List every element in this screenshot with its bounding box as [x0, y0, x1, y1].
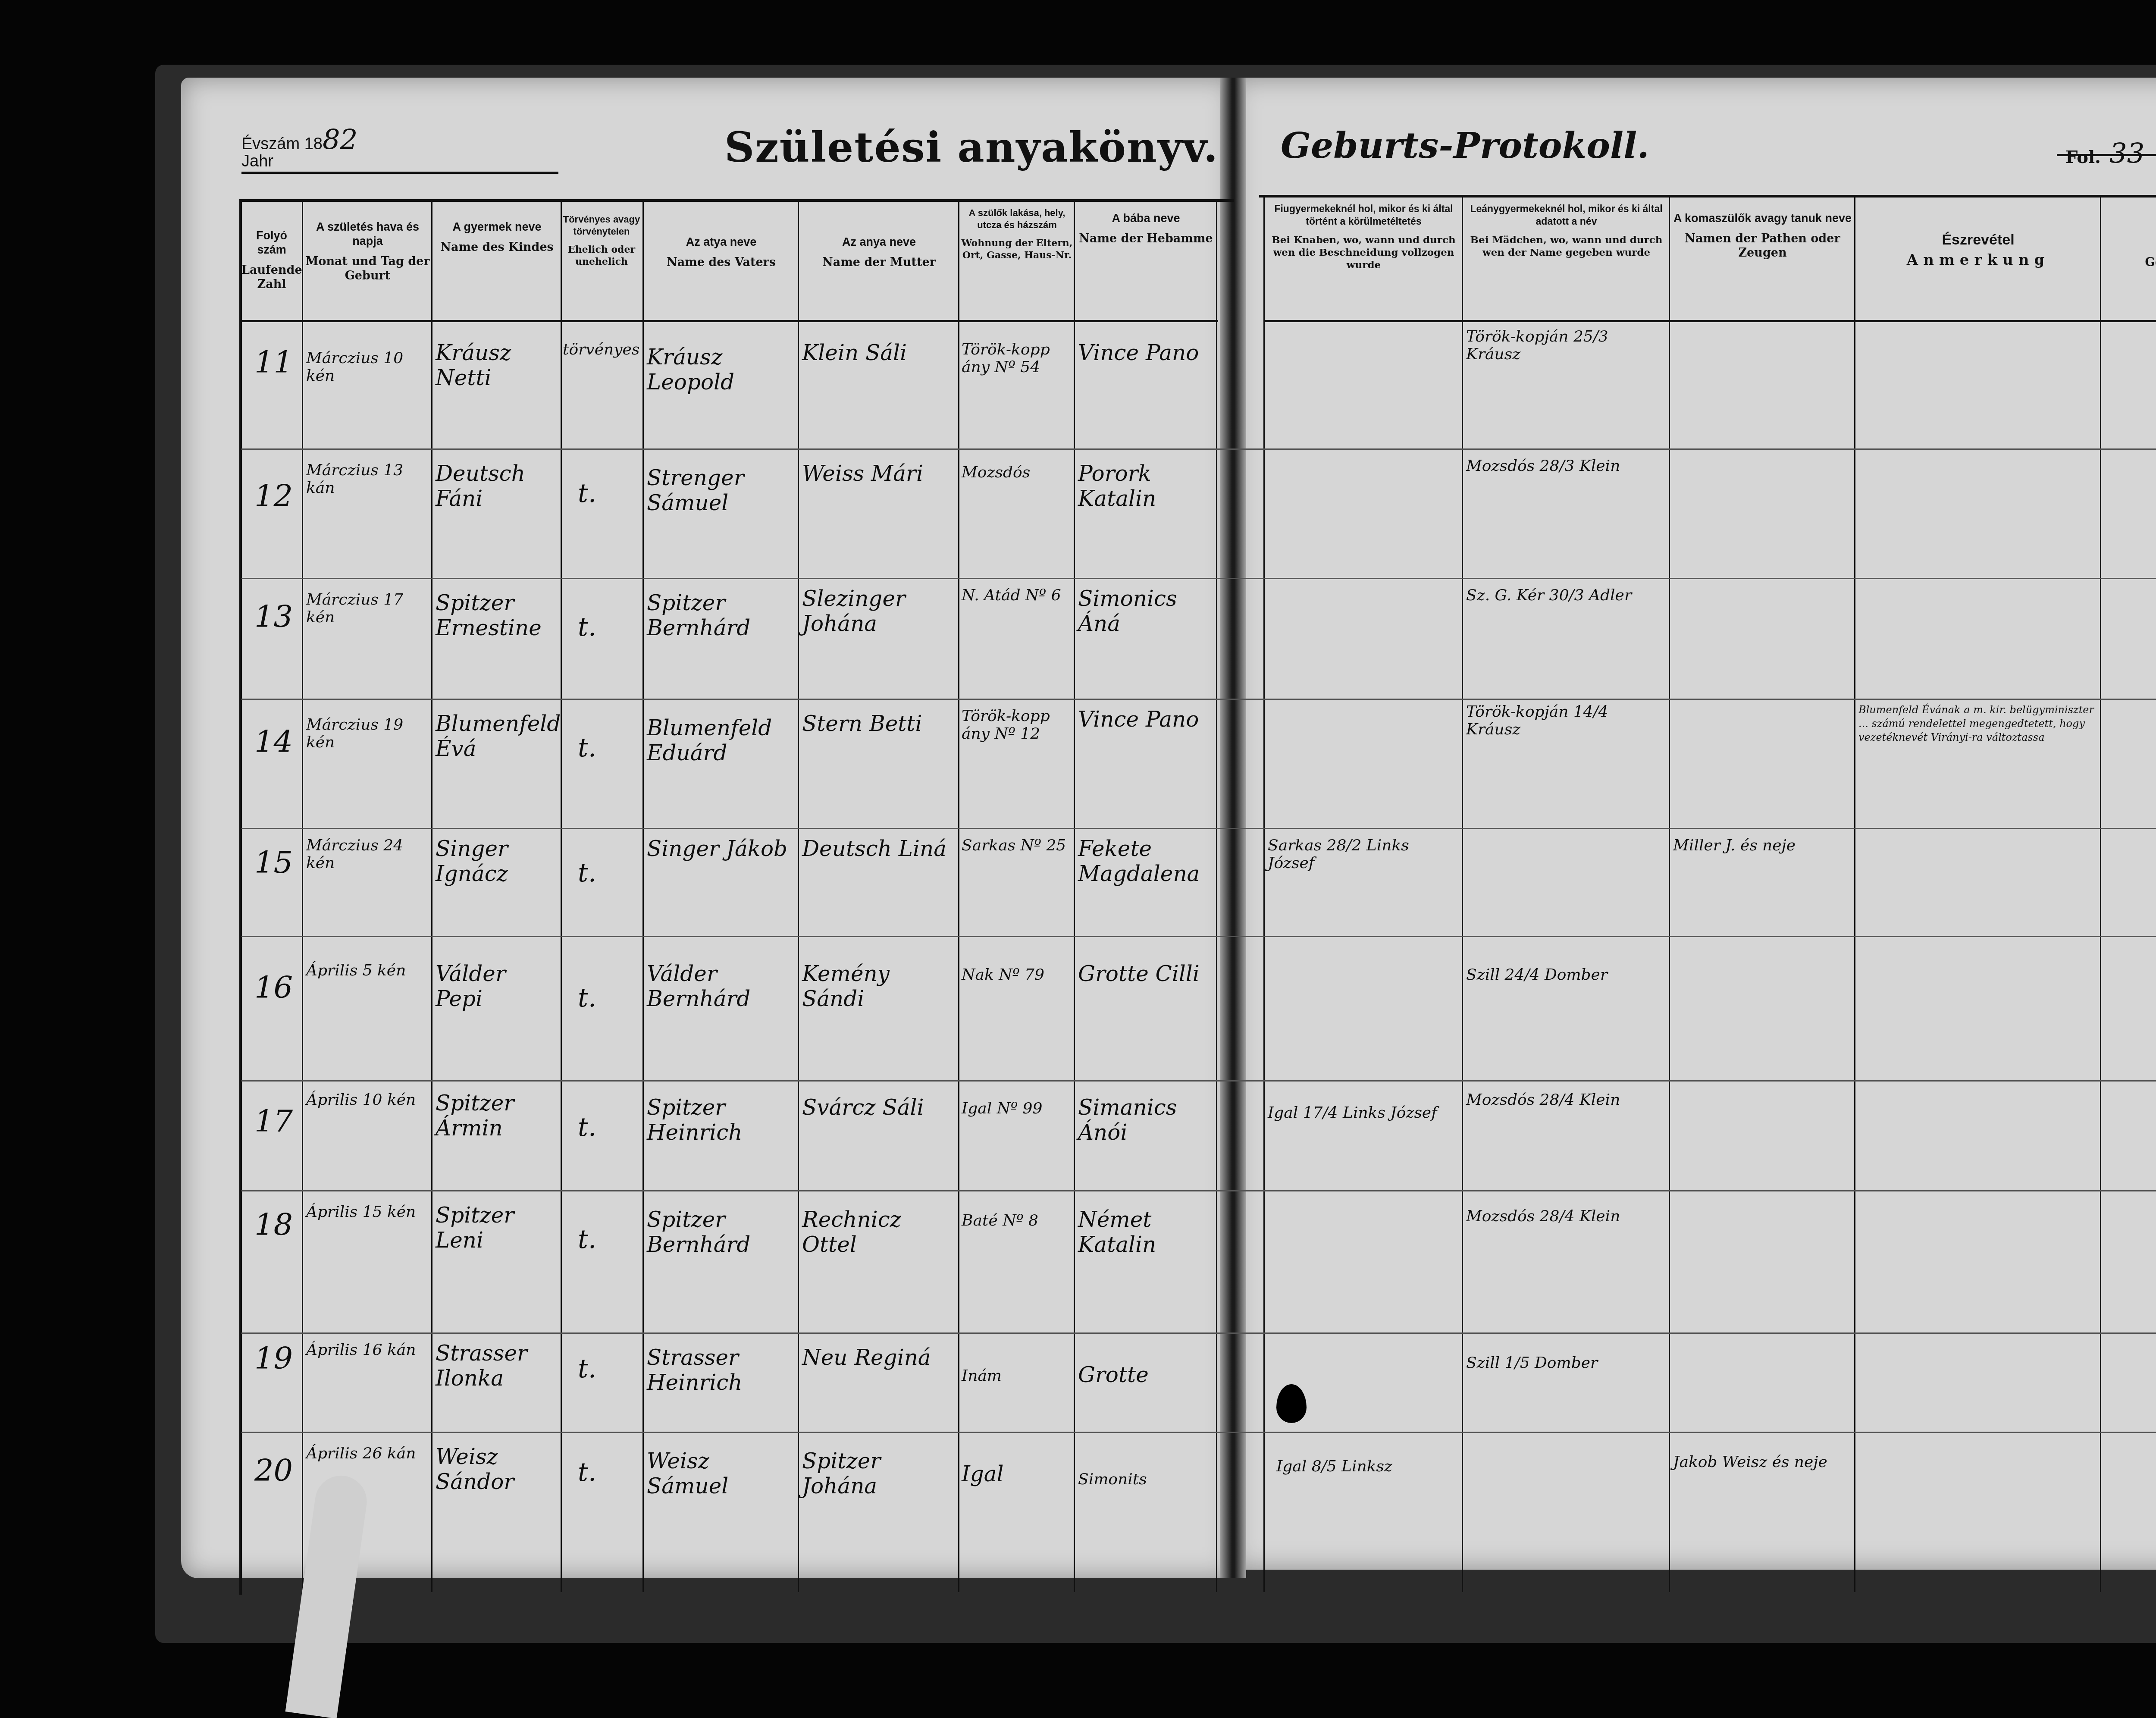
row-17-legit: t. [578, 1113, 596, 1142]
year-label-de: Jahr [241, 152, 273, 170]
row-19-child: Strasser Ilonka [436, 1341, 558, 1391]
col-header-boys: Fiugyermekeknél hol, mikor és ki által t… [1266, 203, 1462, 271]
header-rule-left [241, 320, 1218, 322]
row-14-remarks: Blumenfeld Évának a m. kir. belügyminisz… [1858, 703, 2098, 744]
col-divider [1216, 199, 1217, 1592]
folio-underline [2057, 154, 2156, 156]
year-underline [241, 172, 558, 174]
row-rule [241, 1432, 2156, 1433]
row-20-child: Weisz Sándor [436, 1445, 558, 1494]
row-20-mother: Spitzer Johána [802, 1449, 955, 1499]
row-20-boys: Igal 8/5 Linksz [1276, 1458, 1460, 1475]
col-divider [561, 199, 562, 1592]
col-header-legitimacy: Törvényes avagy törvénytelenEhelich oder… [561, 213, 642, 268]
row-11-girls: Török-kopján 25/3 Kráusz [1466, 328, 1664, 364]
page-title-de: Geburts-Protokoll. [1281, 125, 1649, 166]
row-12-serial: 12 [254, 479, 293, 514]
col-header-remarks: ÉszrevételAnmerkung [1856, 233, 2100, 267]
row-15-child: Singer Ignácz [436, 837, 558, 886]
col-divider [2100, 195, 2101, 1592]
row-19-date: Április 16 kán [306, 1341, 431, 1359]
row-12-mother: Weiss Mári [802, 461, 955, 486]
row-15-mother: Deutsch Liná [802, 837, 955, 862]
row-12-date: Márczius 13 kán [306, 461, 431, 497]
row-16-father: Válder Bernhárd [647, 962, 796, 1011]
row-11-serial: 11 [254, 345, 293, 380]
row-13-father: Spitzer Bernhárd [647, 591, 796, 640]
row-14-mother: Stern Betti [802, 712, 955, 737]
row-17-serial: 17 [254, 1104, 293, 1139]
row-15-serial: 15 [254, 845, 293, 880]
col-header-residence: A szülők lakása, hely, utcza és házszámW… [960, 207, 1074, 261]
row-rule [241, 1332, 2156, 1334]
row-20-serial: 20 [254, 1453, 293, 1488]
row-19-midwife: Grotte [1078, 1363, 1214, 1388]
row-14-residence: Török-kopp ány Nº 12 [962, 707, 1072, 743]
row-rule [241, 936, 2156, 937]
row-11-residence: Török-kopp ány Nº 54 [962, 341, 1072, 376]
col-divider [1074, 199, 1075, 1592]
row-19-legit: t. [578, 1354, 596, 1384]
col-divider [431, 199, 432, 1592]
row-11-father: Kráusz Leopold [647, 345, 796, 395]
row-14-legit: t. [578, 733, 596, 763]
row-11-midwife: Vince Pano [1078, 341, 1214, 366]
row-16-legit: t. [578, 983, 596, 1013]
col-header-midwife: A bába neveName der Hebamme [1076, 211, 1216, 246]
row-17-residence: Igal Nº 99 [962, 1100, 1072, 1117]
row-18-midwife: Német Katalin [1078, 1207, 1214, 1257]
row-rule [241, 699, 2156, 700]
row-13-legit: t. [578, 612, 596, 642]
row-12-midwife: Porork Katalin [1078, 461, 1214, 511]
row-18-mother: Rechnicz Ottel [802, 1207, 955, 1257]
row-11-legit: törvényes [563, 341, 642, 358]
row-12-legit: t. [578, 479, 596, 508]
row-15-boys: Sarkas 28/2 Links József [1268, 837, 1460, 872]
row-19-father: Strasser Heinrich [647, 1345, 796, 1395]
row-16-midwife: Grotte Cilli [1078, 962, 1214, 987]
row-17-girls: Mozsdós 28/4 Klein [1466, 1091, 1664, 1109]
row-15-midwife: Fekete Magdalena [1078, 837, 1214, 886]
row-18-father: Spitzer Bernhárd [647, 1207, 796, 1257]
row-19-residence: Inám [962, 1367, 1072, 1385]
row-15-godparents: Miller J. és neje [1673, 837, 1852, 854]
row-20-midwife: Simonits [1078, 1470, 1214, 1488]
row-19-girls: Szill 1/5 Domber [1466, 1354, 1664, 1372]
year-label: Évszám 1882 Jahr [241, 132, 357, 170]
header-rule-right [1263, 320, 2156, 322]
row-16-date: Április 5 kén [306, 962, 431, 979]
row-13-mother: Slezinger Johána [802, 586, 955, 636]
col-divider [1462, 195, 1463, 1592]
row-17-child: Spitzer Ármin [436, 1091, 558, 1141]
row-rule [241, 448, 2156, 450]
col-header-serial: Folyó számLaufende Zahl [241, 229, 302, 292]
row-13-residence: N. Atád Nº 6 [962, 586, 1072, 604]
col-header-birth-date: A születés hava és napjaMonat und Tag de… [304, 220, 431, 283]
year-handwritten: 82 [323, 124, 357, 156]
col-divider [642, 199, 644, 1592]
row-12-father: Strenger Sámuel [647, 466, 796, 515]
row-17-midwife: Simanics Ánói [1078, 1095, 1214, 1145]
row-14-date: Márczius 19 kén [306, 716, 431, 752]
col-header-father: Az atya neveName des Vaters [645, 235, 798, 270]
row-17-mother: Svárcz Sáli [802, 1095, 955, 1120]
row-18-child: Spitzer Leni [436, 1203, 558, 1253]
row-18-date: Április 15 kén [306, 1203, 431, 1221]
row-18-girls: Mozsdós 28/4 Klein [1466, 1207, 1664, 1225]
row-rule [241, 1190, 2156, 1191]
row-11-date: Márczius 10 kén [306, 349, 431, 385]
row-18-residence: Baté Nº 8 [962, 1212, 1072, 1229]
row-16-residence: Nak Nº 79 [962, 966, 1072, 984]
row-14-father: Blumenfeld Eduárd [647, 716, 796, 765]
row-20-legit: t. [578, 1458, 596, 1487]
row-14-serial: 14 [254, 724, 293, 759]
row-17-boys: Igal 17/4 Links József [1268, 1104, 1460, 1122]
row-16-girls: Szill 24/4 Domber [1466, 966, 1664, 984]
row-16-serial: 16 [254, 970, 293, 1005]
row-13-midwife: Simonics Áná [1078, 586, 1214, 636]
col-divider [958, 199, 959, 1592]
row-13-serial: 13 [254, 599, 293, 634]
row-15-residence: Sarkas Nº 25 [962, 837, 1072, 854]
row-11-mother: Klein Sáli [802, 341, 955, 366]
page-title-hu: Születési anyakönyv. [724, 123, 1219, 172]
row-18-legit: t. [578, 1225, 596, 1254]
row-rule [241, 1080, 2156, 1082]
row-rule [241, 578, 2156, 579]
col-divider [798, 199, 799, 1592]
row-14-midwife: Vince Pano [1078, 707, 1214, 732]
row-17-date: Április 10 kén [306, 1091, 431, 1109]
row-12-residence: Mozsdós [962, 464, 1072, 481]
row-20-godparents: Jakob Weisz és neje [1673, 1453, 1852, 1471]
row-14-child: Blumenfeld Évá [436, 712, 558, 761]
row-15-father: Singer Jákob [647, 837, 796, 862]
row-16-child: Válder Pepi [436, 962, 558, 1011]
row-16-mother: Kemény Sándi [802, 962, 955, 1011]
row-19-mother: Neu Reginá [802, 1345, 955, 1370]
row-12-child: Deutsch Fáni [436, 461, 558, 511]
folio-label: Fol. [2065, 147, 2101, 167]
col-divider [1669, 195, 1670, 1592]
year-label-hu: Évszám 18 [241, 135, 323, 153]
row-20-residence: Igal [962, 1462, 1072, 1487]
row-15-legit: t. [578, 858, 596, 888]
col-header-girls: Leánygyermekeknél hol, mikor és ki által… [1464, 203, 1669, 259]
row-20-date: Április 26 kán [306, 1445, 431, 1462]
row-19-serial: 19 [254, 1341, 293, 1376]
row-12-girls: Mozsdós 28/3 Klein [1466, 457, 1664, 475]
col-divider [1854, 195, 1855, 1592]
row-11-child: Kráusz Netti [436, 341, 558, 390]
row-18-serial: 18 [254, 1207, 293, 1242]
row-20-father: Weisz Sámuel [647, 1449, 796, 1499]
row-rule [241, 828, 2156, 829]
register-table-right [1259, 195, 2156, 1595]
row-13-child: Spitzer Ernestine [436, 591, 558, 640]
row-13-date: Márczius 17 kén [306, 591, 431, 627]
row-17-father: Spitzer Heinrich [647, 1095, 796, 1145]
col-divider [1263, 195, 1265, 1592]
col-header-godparents: A komaszülők avagy tanuk neveNamen der P… [1671, 211, 1854, 260]
col-header-died: MeghaltGestorben [2102, 235, 2156, 270]
row-14-girls: Török-kopján 14/4 Kráusz [1466, 703, 1664, 739]
col-divider [302, 199, 303, 1592]
row-13-girls: Sz. G. Kér 30/3 Adler [1466, 586, 1664, 604]
col-header-mother: Az anya neveName der Mutter [800, 235, 958, 270]
col-header-child-name: A gyermek neveName des Kindes [433, 220, 561, 254]
row-15-date: Márczius 24 kén [306, 837, 431, 872]
